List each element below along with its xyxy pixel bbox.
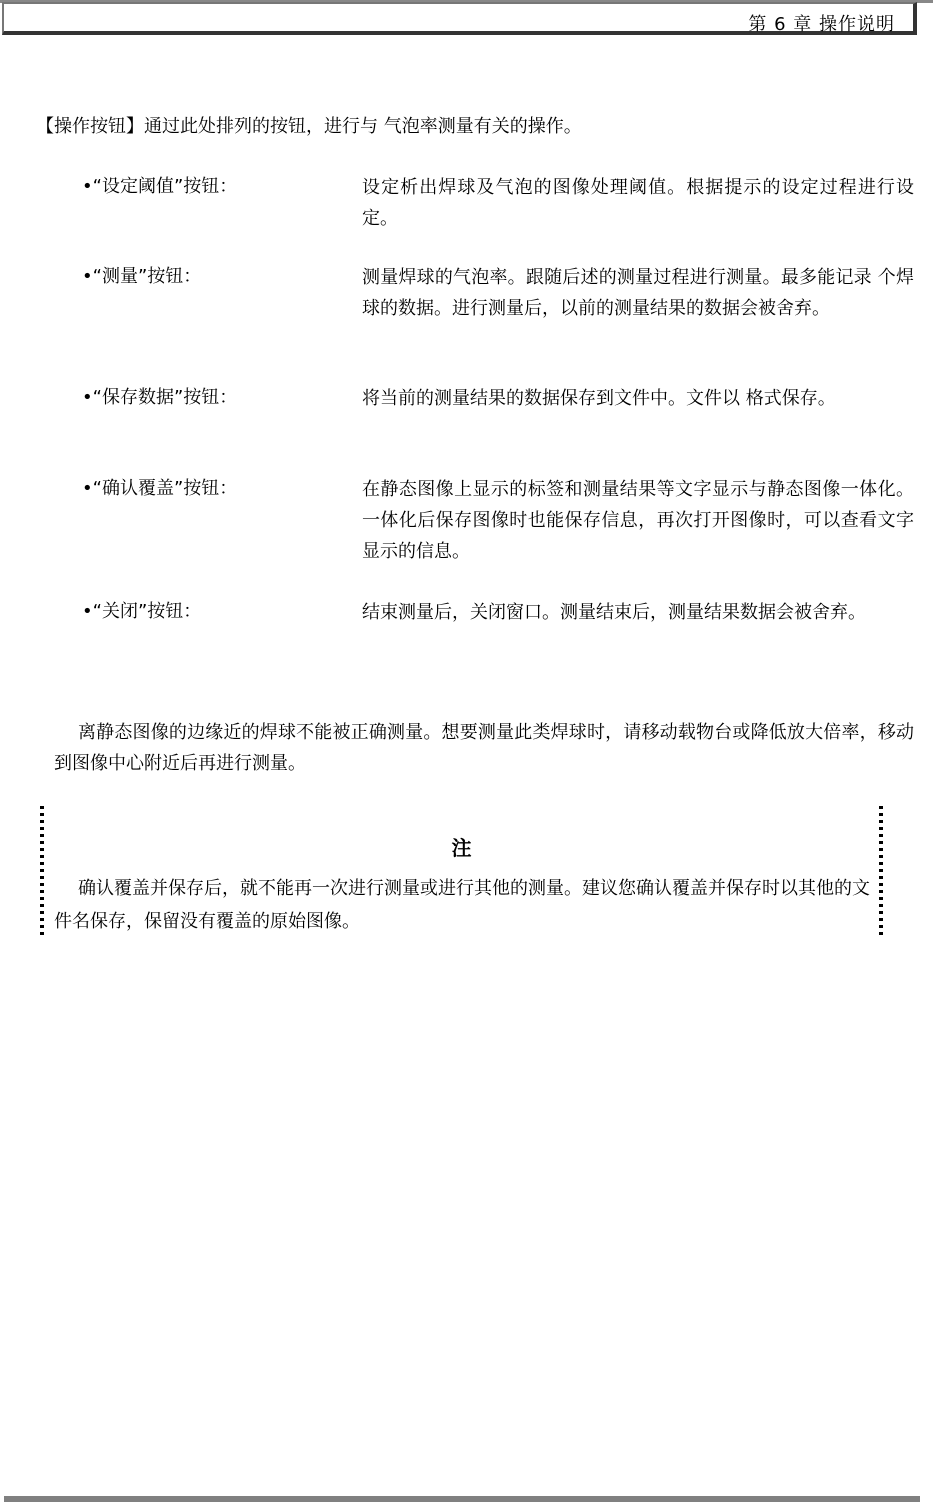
- note-box: 注 确认覆盖并保存后，就不能再一次进行测量或进行其他的测量。建议您确认覆盖并保存…: [40, 806, 883, 940]
- item-description: 在静态图像上显示的标签和测量结果等文字显示与静态图像一体化。一体化后保存图像时也…: [362, 474, 914, 567]
- chapter-title: 第 6 章 操作说明: [748, 10, 895, 36]
- item-label: •“确认覆盖”按钮：: [82, 474, 237, 500]
- page-header: 第 6 章 操作说明: [2, 2, 917, 35]
- item-description: 测量焊球的气泡率。跟随后述的测量过程进行测量。最多能记录 个焊球的数据。进行测量…: [362, 262, 914, 324]
- item-description: 设定析出焊球及气泡的图像处理阈值。根据提示的设定过程进行设定。: [362, 172, 914, 234]
- item-description: 将当前的测量结果的数据保存到文件中。文件以 格式保存。: [362, 383, 914, 414]
- item-label: •“保存数据”按钮：: [82, 383, 237, 409]
- edge-warning-paragraph: 离静态图像的边缘近的焊球不能被正确测量。想要测量此类焊球时，请移动载物台或降低放…: [54, 717, 914, 779]
- dashed-border-right: [879, 806, 883, 938]
- note-title: 注: [40, 832, 883, 861]
- intro-paragraph: 【操作按钮】通过此处排列的按钮，进行与 气泡率测量有关的操作。: [36, 112, 582, 138]
- item-label: •“测量”按钮：: [82, 262, 201, 288]
- item-description: 结束测量后，关闭窗口。测量结束后，测量结果数据会被舍弃。: [362, 597, 914, 628]
- note-body: 确认覆盖并保存后，就不能再一次进行测量或进行其他的测量。建议您确认覆盖并保存时以…: [54, 872, 870, 938]
- dashed-border-left: [40, 806, 44, 938]
- footer-rule: [4, 1496, 920, 1502]
- item-label: •“设定阈值”按钮：: [82, 172, 237, 198]
- item-label: •“关闭”按钮：: [82, 597, 201, 623]
